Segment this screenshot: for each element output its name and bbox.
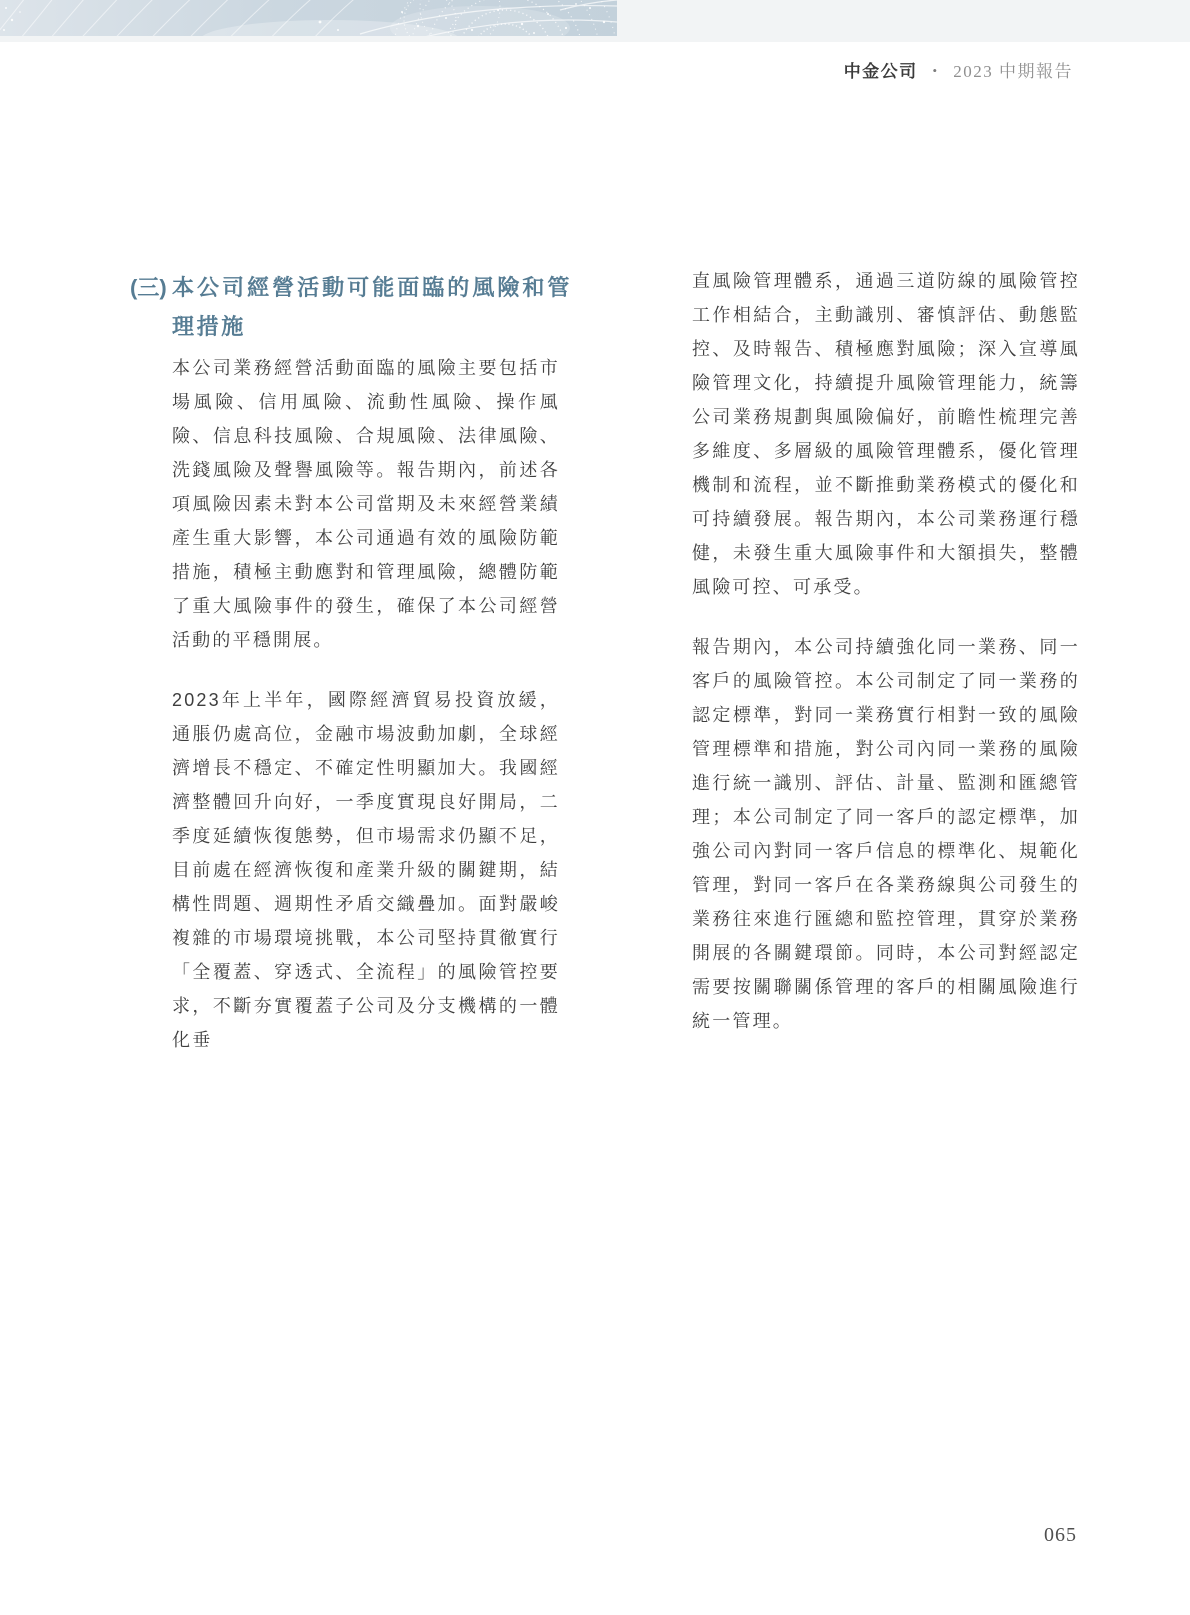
- report-page: 中金公司 • 2023 中期報告 (三) 本公司經營活動可能面臨的風險和管理措施…: [0, 0, 1190, 1615]
- right-column: 直風險管理體系，通過三道防線的風險管控工作相結合，主動識別、審慎評估、動態監控、…: [692, 264, 1080, 1064]
- section-title: 本公司經營活動可能面臨的風險和管理措施: [172, 268, 572, 346]
- paragraph-left-1: 本公司業務經營活動面臨的風險主要包括市場風險、信用風險、流動性風險、操作風險、信…: [172, 351, 560, 657]
- page-number: 065: [1044, 1524, 1077, 1547]
- paragraph-left-2: 2023年上半年，國際經濟貿易投資放緩，通脹仍處高位，金融市場波動加劇，全球經濟…: [172, 683, 560, 1057]
- section-heading: (三) 本公司經營活動可能面臨的風險和管理措施: [130, 268, 572, 346]
- left-column: 本公司業務經營活動面臨的風險主要包括市場風險、信用風險、流動性風險、操作風險、信…: [172, 351, 560, 1083]
- header-company-name: 中金公司: [844, 62, 918, 81]
- bullet-separator-icon: •: [932, 63, 938, 78]
- decorative-banner-image: [0, 0, 617, 36]
- paragraph-right-1: 直風險管理體系，通過三道防線的風險管控工作相結合，主動識別、審慎評估、動態監控、…: [692, 264, 1080, 604]
- paragraph-right-2: 報告期內，本公司持續強化同一業務、同一客戶的風險管控。本公司制定了同一業務的認定…: [692, 630, 1080, 1038]
- header-report-title: 2023 中期報告: [953, 62, 1073, 81]
- section-number: (三): [130, 268, 172, 307]
- page-header: 中金公司 • 2023 中期報告: [844, 59, 1073, 84]
- top-strip: [0, 0, 1190, 42]
